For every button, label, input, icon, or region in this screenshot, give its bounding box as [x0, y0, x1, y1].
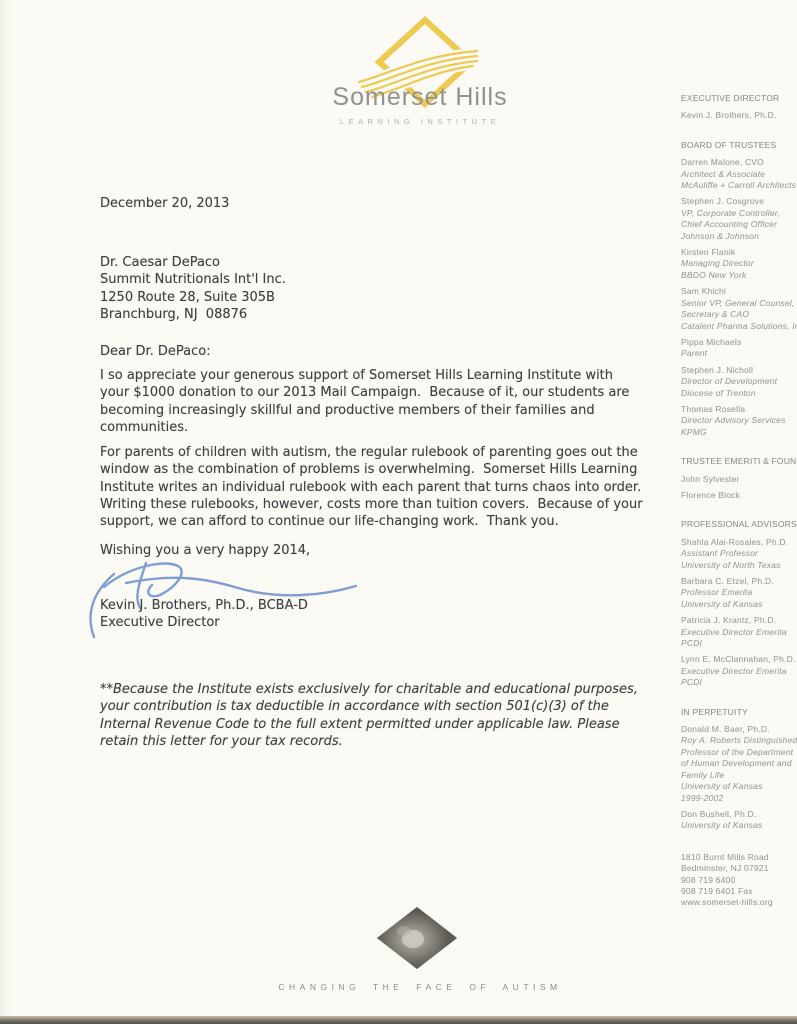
- sidebar-entry: Stephen J. NichollDirector of Developmen…: [681, 365, 797, 399]
- person-detail: PCDI: [681, 638, 797, 649]
- person-name: Stephen J. Cosgrove: [681, 196, 797, 207]
- sidebar-entry: Darren Malone, CVOArchitect & AssociateM…: [681, 157, 797, 191]
- recipient-address: Dr. Caesar DePaco Summit Nutritionals In…: [100, 254, 286, 323]
- scan-edge-left: [0, 0, 12, 1024]
- person-name: Pippa Michaels: [681, 337, 797, 348]
- person-detail: Parent: [681, 348, 797, 359]
- sidebar-entry: Don Bushell, Ph.D.University of Kansas: [681, 809, 797, 832]
- person-detail: BBDO New York: [681, 270, 797, 281]
- person-name: Barbara C. Etzel, Ph.D.: [681, 576, 797, 587]
- person-detail: University of Kansas: [681, 781, 797, 792]
- person-name: Stephen J. Nicholl: [681, 365, 797, 376]
- sidebar-contact: 1810 Burnt Mills RoadBedminster, NJ 0792…: [681, 852, 797, 909]
- salutation: Dear Dr. DePaco:: [100, 343, 211, 360]
- sidebar-entry: Kirsten FlanikManaging DirectorBBDO New …: [681, 247, 797, 281]
- person-detail: Executive Director Emerita: [681, 627, 797, 638]
- contact-line: 1810 Burnt Mills Road: [681, 852, 797, 863]
- person-detail: University of Kansas: [681, 820, 797, 831]
- letter-paragraph-2: For parents of children with autism, the…: [100, 444, 685, 530]
- person-detail: VP, Corporate Controller,: [681, 208, 797, 219]
- scan-edge-bottom: [0, 1016, 797, 1024]
- sidebar-entry: Thomas RosellaDirector Advisory Services…: [681, 404, 797, 438]
- person-name: Shahla Alai-Rosales, Ph.D.: [681, 537, 797, 548]
- sidebar-section-header: IN PERPETUITY: [681, 707, 797, 718]
- person-detail: KPMG: [681, 427, 797, 438]
- person-detail: Roy A. Roberts Distinguished: [681, 735, 797, 746]
- org-name: Somerset Hills: [270, 84, 570, 110]
- person-detail: Director of Development: [681, 376, 797, 387]
- sidebar-entry: Lynn E. McClannahan, Ph.D.Executive Dire…: [681, 654, 797, 688]
- person-detail: Chief Accounting Officer: [681, 219, 797, 230]
- person-detail: University of Kansas: [681, 599, 797, 610]
- person-detail: Architect & Associate: [681, 169, 797, 180]
- contact-line: 908 719 6401 Fax: [681, 886, 797, 897]
- person-name: John Sylvester: [681, 474, 797, 485]
- person-name: Sam Khichi: [681, 286, 797, 297]
- sidebar-entry: Patricia J. Krantz, Ph.D.Executive Direc…: [681, 615, 797, 649]
- person-name: Kevin J. Brothers, Ph.D.: [681, 110, 797, 121]
- sidebar-entry: Kevin J. Brothers, Ph.D.: [681, 110, 797, 121]
- person-name: Don Bushell, Ph.D.: [681, 809, 797, 820]
- sidebar-entry: Pippa MichaelsParent: [681, 337, 797, 360]
- person-detail: 1999-2002: [681, 793, 797, 804]
- sidebar-entry: John Sylvester: [681, 474, 797, 485]
- autism-photo-diamond-icon: [375, 905, 459, 971]
- person-name: Florence Block: [681, 490, 797, 501]
- sidebar-entry: Stephen J. CosgroveVP, Corporate Control…: [681, 196, 797, 242]
- sidebar-entry: Donald M. Baer, Ph.D.Roy A. Roberts Dist…: [681, 724, 797, 804]
- person-detail: Diocese of Trenton: [681, 388, 797, 399]
- letter-body: December 20, 2013 Dr. Caesar DePaco Summ…: [100, 195, 670, 795]
- person-name: Darren Malone, CVO: [681, 157, 797, 168]
- person-name: Patricia J. Krantz, Ph.D.: [681, 615, 797, 626]
- org-subtitle: LEARNING INSTITUTE: [270, 117, 570, 126]
- person-detail: Johnson & Johnson: [681, 231, 797, 242]
- person-detail: Director Advisory Services: [681, 415, 797, 426]
- letter-date: December 20, 2013: [100, 195, 229, 212]
- person-detail: Assistant Professor: [681, 548, 797, 559]
- person-name: Donald M. Baer, Ph.D.: [681, 724, 797, 735]
- person-name: Kirsten Flanik: [681, 247, 797, 258]
- person-detail: McAuliffe + Carroll Architects: [681, 180, 797, 191]
- signer-name: Kevin J. Brothers, Ph.D., BCBA-D: [100, 597, 308, 614]
- sidebar-entry: Barbara C. Etzel, Ph.D.Professor Emerita…: [681, 576, 797, 610]
- sidebar-section-header: BOARD OF TRUSTEES: [681, 140, 797, 151]
- contact-line: www.somerset-hills.org: [681, 897, 797, 908]
- sidebar-entry: Shahla Alai-Rosales, Ph.D.Assistant Prof…: [681, 537, 797, 571]
- letter-paragraph-1: I so appreciate your generous support of…: [100, 367, 670, 436]
- sidebar-entry: Sam KhichiSenior VP, General Counsel,Sec…: [681, 286, 797, 332]
- person-detail: Catalent Pharma Solutions, Inc.: [681, 321, 797, 332]
- contact-line: Bedminster, NJ 07921: [681, 863, 797, 874]
- sidebar: EXECUTIVE DIRECTORKevin J. Brothers, Ph.…: [681, 93, 797, 909]
- signer-title: Executive Director: [100, 614, 308, 631]
- person-detail: Professor Emerita: [681, 587, 797, 598]
- scanned-letter-page: Somerset Hills LEARNING INSTITUTE EXECUT…: [0, 0, 797, 1024]
- person-name: Thomas Rosella: [681, 404, 797, 415]
- sidebar-entry: Florence Block: [681, 490, 797, 501]
- person-detail: Executive Director Emerita: [681, 666, 797, 677]
- tagline: CHANGING THE FACE OF AUTISM: [250, 982, 590, 992]
- person-detail: Family Life: [681, 770, 797, 781]
- tax-footnote: **Because the Institute exists exclusive…: [100, 681, 680, 750]
- person-detail: PCDI: [681, 677, 797, 688]
- person-name: Lynn E. McClannahan, Ph.D.: [681, 654, 797, 665]
- person-detail: University of North Texas: [681, 560, 797, 571]
- person-detail: of Human Development and: [681, 758, 797, 769]
- person-detail: Senior VP, General Counsel,: [681, 298, 797, 309]
- signature-block: Kevin J. Brothers, Ph.D., BCBA-D Executi…: [100, 597, 308, 632]
- person-detail: Managing Director: [681, 258, 797, 269]
- contact-line: 908 719 6400: [681, 875, 797, 886]
- person-detail: Secretary & CAO: [681, 309, 797, 320]
- sidebar-sections: EXECUTIVE DIRECTORKevin J. Brothers, Ph.…: [681, 93, 797, 832]
- person-detail: Professor of the Department: [681, 747, 797, 758]
- sidebar-section-header: TRUSTEE EMERITI & FOUNDERS: [681, 456, 797, 467]
- sidebar-section-header: EXECUTIVE DIRECTOR: [681, 93, 797, 104]
- sidebar-section-header: PROFESSIONAL ADVISORS: [681, 519, 797, 530]
